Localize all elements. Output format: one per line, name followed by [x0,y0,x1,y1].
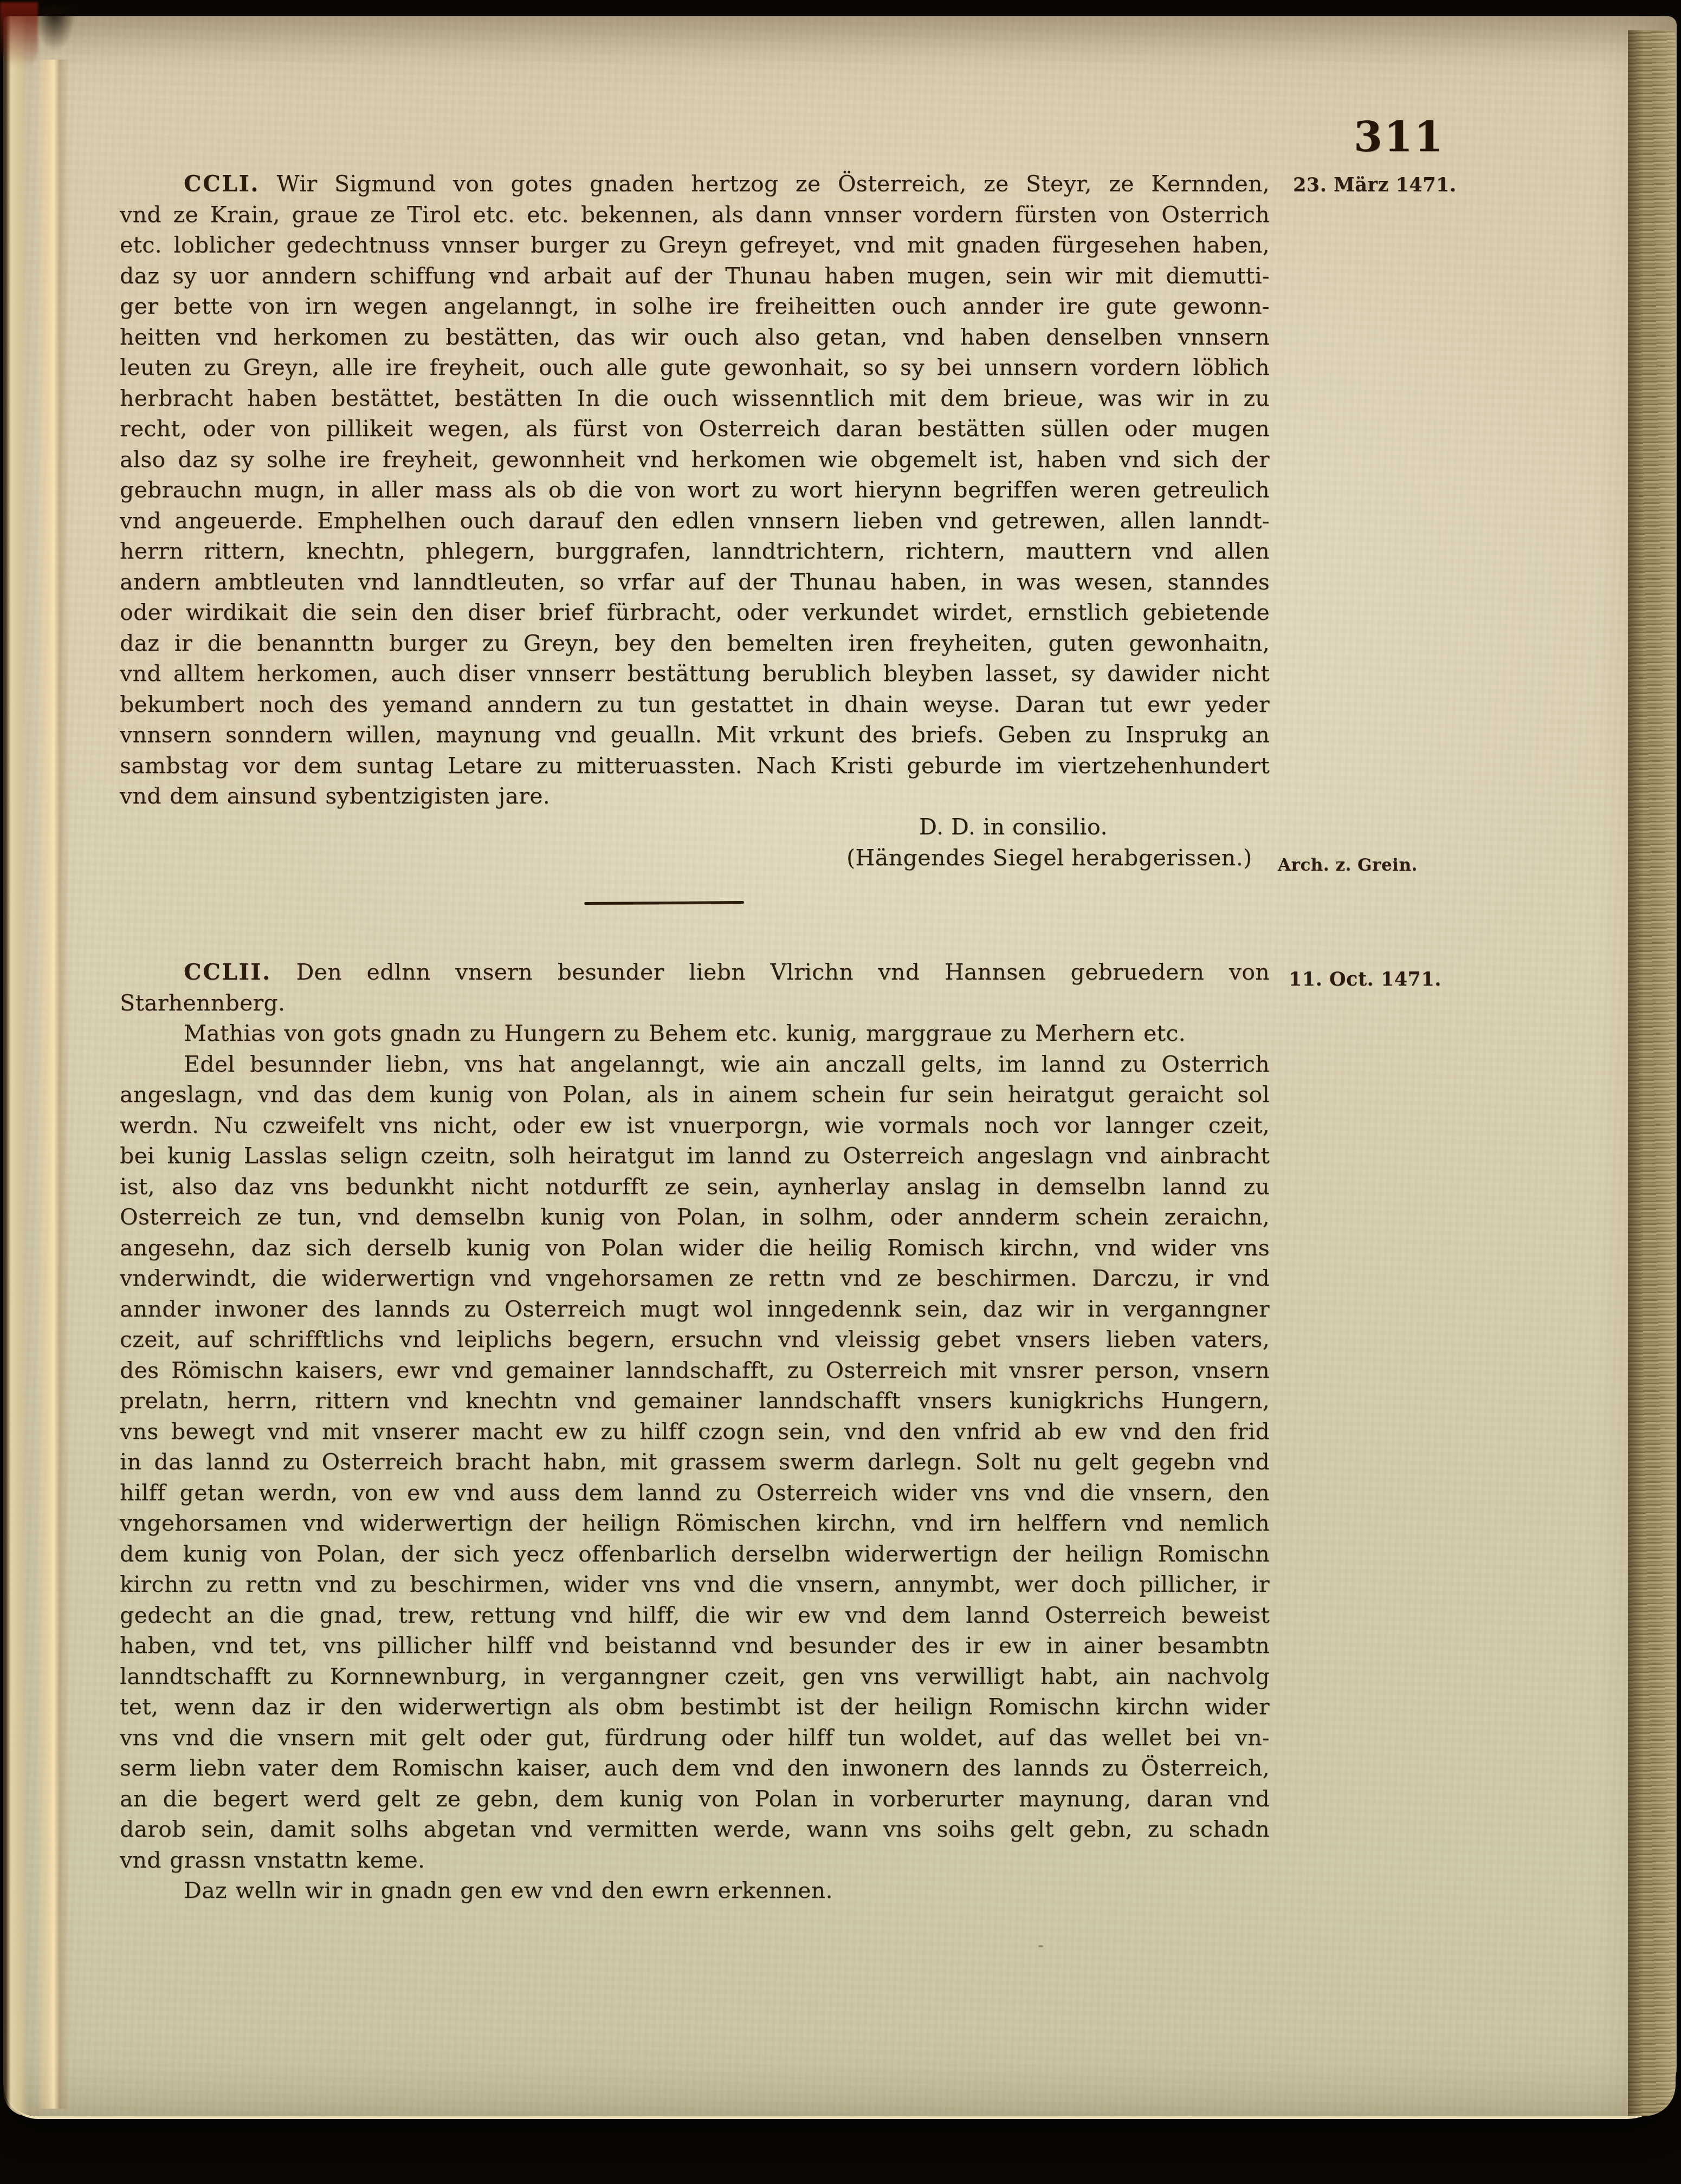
text-line: haben, vnd tet, vns pillicher hilff vnd … [120,1630,1270,1661]
text-line: bekumbert noch des yemand anndern zu tun… [120,689,1270,720]
text-line: Osterreich ze tun, vnd demselbn kunig vo… [120,1202,1270,1233]
text-line: des Römischn kaisers, ewr vnd gemainer l… [120,1355,1270,1386]
text-line: prelatn, herrn, rittern vnd knechtn vnd … [120,1385,1270,1416]
entry-ccli-text: CCLI. Wir Sigmund von gotes gnaden hertz… [120,169,1270,812]
margin-date-cclii: 11. Oct. 1471. [1289,968,1441,990]
text-line: Starhennberg. [120,988,1270,1019]
text-line: serm liebn vater dem Romischn kaiser, au… [120,1753,1270,1784]
gutter-shadow [25,7,85,120]
text-line: daz sy uor anndern schiffung vnd arbait … [120,261,1270,291]
fore-edge-pages [1628,30,1676,2116]
text-line: leuten zu Greyn, alle ire freyheit, ouch… [120,352,1270,383]
text-line: annder inwoner des lannds zu Osterreich … [120,1294,1270,1325]
paper-speck [1038,1945,1043,1947]
text-line: bei kunig Lasslas selign czeitn, solh he… [120,1140,1270,1171]
text-line: in das lannd zu Osterreich bracht habn, … [120,1447,1270,1477]
closing-siegel-note: (Hängendes Siegel herabgerissen.) [846,845,1252,871]
text-line: vnd grassn vnstattn keme. [120,1845,1270,1876]
text-line: ger bette von irn wegen angelanngt, in s… [120,291,1270,322]
text-line: herrn rittern, knechtn, phlegern, burggr… [120,536,1270,567]
text-line: vns vnd die vnsern mit gelt oder gut, fü… [120,1722,1270,1753]
book-page: 311 CCLI. Wir Sigmund von gotes gnaden h… [3,16,1677,2116]
text-line: vnd dem ainsund sybentzigisten jare. [120,781,1270,812]
text-line: also daz sy solhe ire freyheit, gewonnhe… [120,444,1270,475]
scanned-book-photo: { "page": { "number": "311" }, "entries"… [0,0,1681,2184]
text-line: heitten vnd herkomen zu bestätten, das w… [120,322,1270,353]
text-line: Edel besunnder liebn, vns hat angelanngt… [120,1049,1270,1080]
text-line: tet, wenn daz ir den widerwertign als ob… [120,1692,1270,1722]
left-page-edge [3,16,28,2116]
text-line: angeslagn, vnd das dem kunig von Polan, … [120,1079,1270,1110]
text-line: oder wirdikait die sein den diser brief … [120,597,1270,628]
text-line: etc. loblicher gedechtnuss vnnser burger… [120,230,1270,261]
text-line: vnd ze Krain, graue ze Tirol etc. etc. b… [120,199,1270,230]
text-line: lanndtschafft zu Kornnewnburg, in vergan… [120,1661,1270,1692]
text-line: daz ir die benannttn burger zu Greyn, be… [120,628,1270,659]
text-line: vns bewegt vnd mit vnserer macht ew zu h… [120,1416,1270,1447]
gutter-crease [37,60,69,2109]
entry-numeral: CCLI. [184,171,260,197]
text-line: vnderwindt, die widerwertign vnd vngehor… [120,1263,1270,1294]
text-line: an die begert werd gelt ze gebn, dem kun… [120,1784,1270,1814]
archive-note: Arch. z. Grein. [1278,856,1418,875]
paper-speck [494,275,497,279]
text-line: gedecht an die gnad, trew, rettung vnd h… [120,1600,1270,1631]
text-line: vnd angeuerde. Emphelhen ouch darauf den… [120,506,1270,536]
entry-numeral: CCLII. [184,959,271,985]
text-line: andern ambtleuten vnd lanndtleuten, so v… [120,567,1270,598]
text-line: darob sein, damit solhs abgetan vnd verm… [120,1814,1270,1845]
page-number: 311 [1354,113,1445,161]
text-line: kirchn zu rettn vnd zu beschirmen, wider… [120,1569,1270,1600]
margin-date-ccli: 23. März 1471. [1293,174,1457,196]
closing-consilio: D. D. in consilio. [919,814,1108,840]
spine-edge [0,2,38,67]
text-line: CCLI. Wir Sigmund von gotes gnaden hertz… [120,169,1270,199]
section-divider-rule [584,901,744,905]
text-line: vngehorsamen vnd widerwertign der heilig… [120,1508,1270,1539]
text-line: czeit, auf schrifftlichs vnd leiplichs b… [120,1324,1270,1355]
text-line: gebrauchn mugn, in aller mass als ob die… [120,475,1270,506]
text-line: werdn. Nu czweifelt vns nicht, oder ew i… [120,1110,1270,1141]
text-line: dem kunig von Polan, der sich yecz offen… [120,1539,1270,1570]
text-line: ist, also daz vns bedunkht nicht notdurf… [120,1171,1270,1202]
text-line: vnd alltem herkomen, auch diser vnnserr … [120,658,1270,689]
text-line: hilff getan werdn, von ew vnd auss dem l… [120,1477,1270,1508]
text-line: vnnsern sonndern willen, maynung vnd geu… [120,720,1270,750]
text-line: recht, oder von pillikeit wegen, als für… [120,413,1270,444]
text-line: sambstag vor dem suntag Letare zu mitter… [120,750,1270,781]
paper-speck [1233,363,1236,366]
text-line: CCLII. Den edlnn vnsern besunder liebn V… [120,957,1270,988]
text-line: angesehn, daz sich derselb kunig von Pol… [120,1233,1270,1263]
text-line: herbracht haben bestättet, bestätten In … [120,383,1270,414]
text-line: Mathias von gots gnadn zu Hungern zu Beh… [120,1018,1270,1049]
text-line: Daz welln wir in gnadn gen ew vnd den ew… [120,1875,1270,1906]
entry-cclii-text: CCLII. Den edlnn vnsern besunder liebn V… [120,957,1270,1906]
